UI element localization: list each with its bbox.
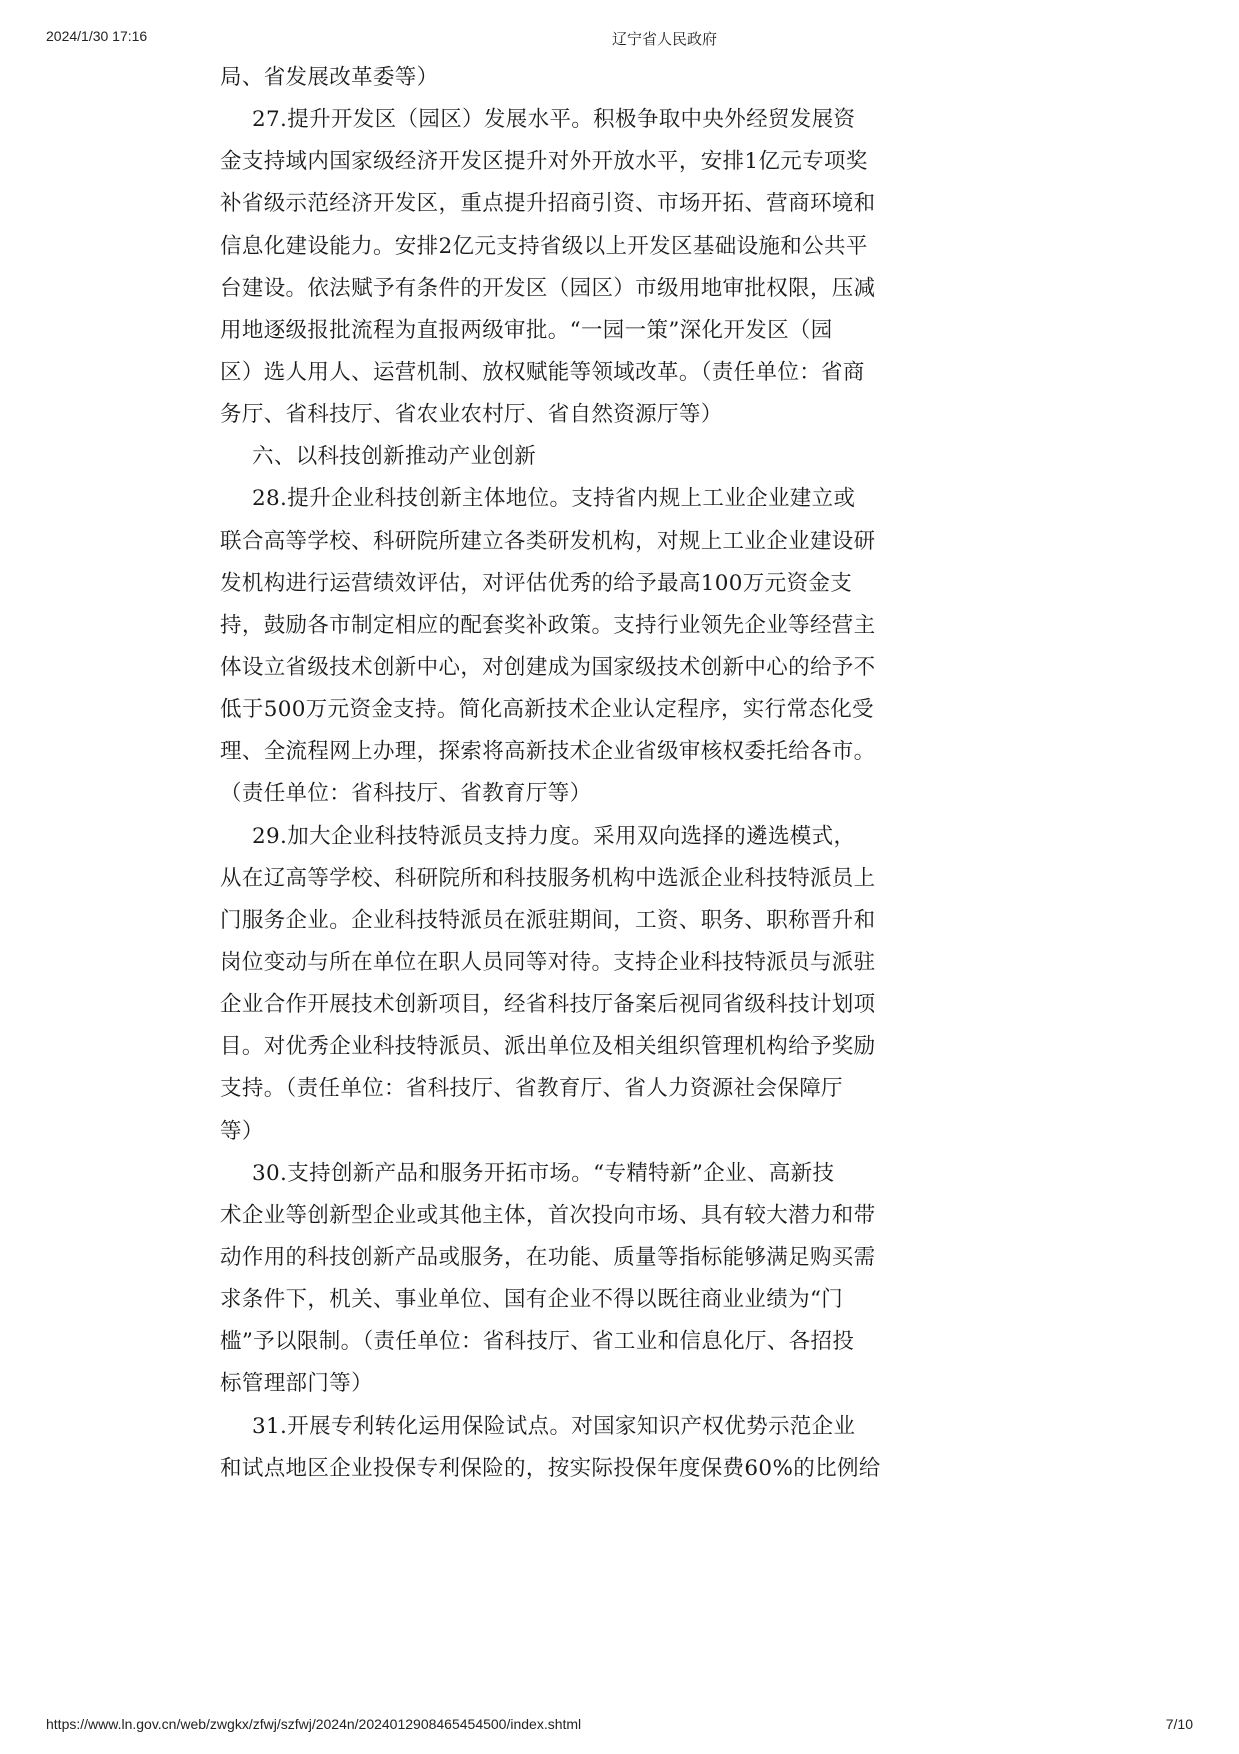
text-line: 理、全流程网上办理，探索将高新技术企业省级审核权委托给各市。 bbox=[220, 731, 892, 773]
text-line: 企业合作开展技术创新项目，经省科技厅备案后视同省级科技计划项 bbox=[220, 984, 892, 1026]
text-line: 槛”予以限制。（责任单位：省科技厅、省工业和信息化厅、各招投 bbox=[220, 1321, 892, 1363]
text-line: 和试点地区企业投保专利保险的，按实际投保年度保费60%的比例给 bbox=[220, 1448, 892, 1490]
text-line: 体设立省级技术创新中心，对创建成为国家级技术创新中心的给予不 bbox=[220, 647, 892, 689]
text-line: 信息化建设能力。安排2亿元支持省级以上开发区基础设施和公共平 bbox=[220, 226, 892, 268]
text-line: 标管理部门等） bbox=[220, 1363, 892, 1405]
text-line: 持，鼓励各市制定相应的配套奖补政策。支持行业领先企业等经营主 bbox=[220, 605, 892, 647]
section-heading-6: 六、以科技创新推动产业创新 bbox=[220, 436, 892, 478]
paragraph-start-28: 28.提升企业科技创新主体地位。支持省内规上工业企业建立或 bbox=[220, 478, 892, 520]
document-body: 局、省发展改革委等） 27.提升开发区（园区）发展水平。积极争取中央外经贸发展资… bbox=[220, 57, 892, 1490]
text-line: 补省级示范经济开发区，重点提升招商引资、市场开拓、营商环境和 bbox=[220, 183, 892, 225]
text-line: 从在辽高等学校、科研院所和科技服务机构中选派企业科技特派员上 bbox=[220, 858, 892, 900]
text-line: 低于500万元资金支持。简化高新技术企业认定程序，实行常态化受 bbox=[220, 689, 892, 731]
text-line: 联合高等学校、科研院所建立各类研发机构，对规上工业企业建设研 bbox=[220, 521, 892, 563]
text-line: 门服务企业。企业科技特派员在派驻期间，工资、职务、职称晋升和 bbox=[220, 900, 892, 942]
text-line: 金支持域内国家级经济开发区提升对外开放水平，安排1亿元专项奖 bbox=[220, 141, 892, 183]
text-line: 支持。（责任单位：省科技厅、省教育厅、省人力资源社会保障厅 bbox=[220, 1068, 892, 1110]
text-line: 用地逐级报批流程为直报两级审批。“一园一策”深化开发区（园 bbox=[220, 310, 892, 352]
page-number: 7/10 bbox=[1166, 1716, 1193, 1732]
text-line: 术企业等创新型企业或其他主体，首次投向市场、具有较大潜力和带 bbox=[220, 1195, 892, 1237]
text-line: （责任单位：省科技厅、省教育厅等） bbox=[220, 773, 892, 815]
text-line: 求条件下，机关、事业单位、国有企业不得以既往商业业绩为“门 bbox=[220, 1279, 892, 1321]
paragraph-start-30: 30.支持创新产品和服务开拓市场。“专精特新”企业、高新技 bbox=[220, 1153, 892, 1195]
text-line: 区）选人用人、运营机制、放权赋能等领域改革。（责任单位：省商 bbox=[220, 352, 892, 394]
site-title: 辽宁省人民政府 bbox=[0, 28, 1239, 49]
text-line: 务厅、省科技厅、省农业农村厅、省自然资源厅等） bbox=[220, 394, 892, 436]
text-line: 目。对优秀企业科技特派员、派出单位及相关组织管理机构给予奖励 bbox=[220, 1026, 892, 1068]
text-line: 局、省发展改革委等） bbox=[220, 57, 892, 99]
paragraph-start-27: 27.提升开发区（园区）发展水平。积极争取中央外经贸发展资 bbox=[220, 99, 892, 141]
text-line: 台建设。依法赋予有条件的开发区（园区）市级用地审批权限，压减 bbox=[220, 268, 892, 310]
text-line: 等） bbox=[220, 1111, 892, 1153]
text-line: 动作用的科技创新产品或服务，在功能、质量等指标能够满足购买需 bbox=[220, 1237, 892, 1279]
paragraph-start-31: 31.开展专利转化运用保险试点。对国家知识产权优势示范企业 bbox=[220, 1406, 892, 1448]
text-line: 发机构进行运营绩效评估，对评估优秀的给予最高100万元资金支 bbox=[220, 563, 892, 605]
paragraph-start-29: 29.加大企业科技特派员支持力度。采用双向选择的遴选模式， bbox=[220, 816, 892, 858]
text-line: 岗位变动与所在单位在职人员同等对待。支持企业科技特派员与派驻 bbox=[220, 942, 892, 984]
page-url: https://www.ln.gov.cn/web/zwgkx/zfwj/szf… bbox=[46, 1716, 581, 1732]
